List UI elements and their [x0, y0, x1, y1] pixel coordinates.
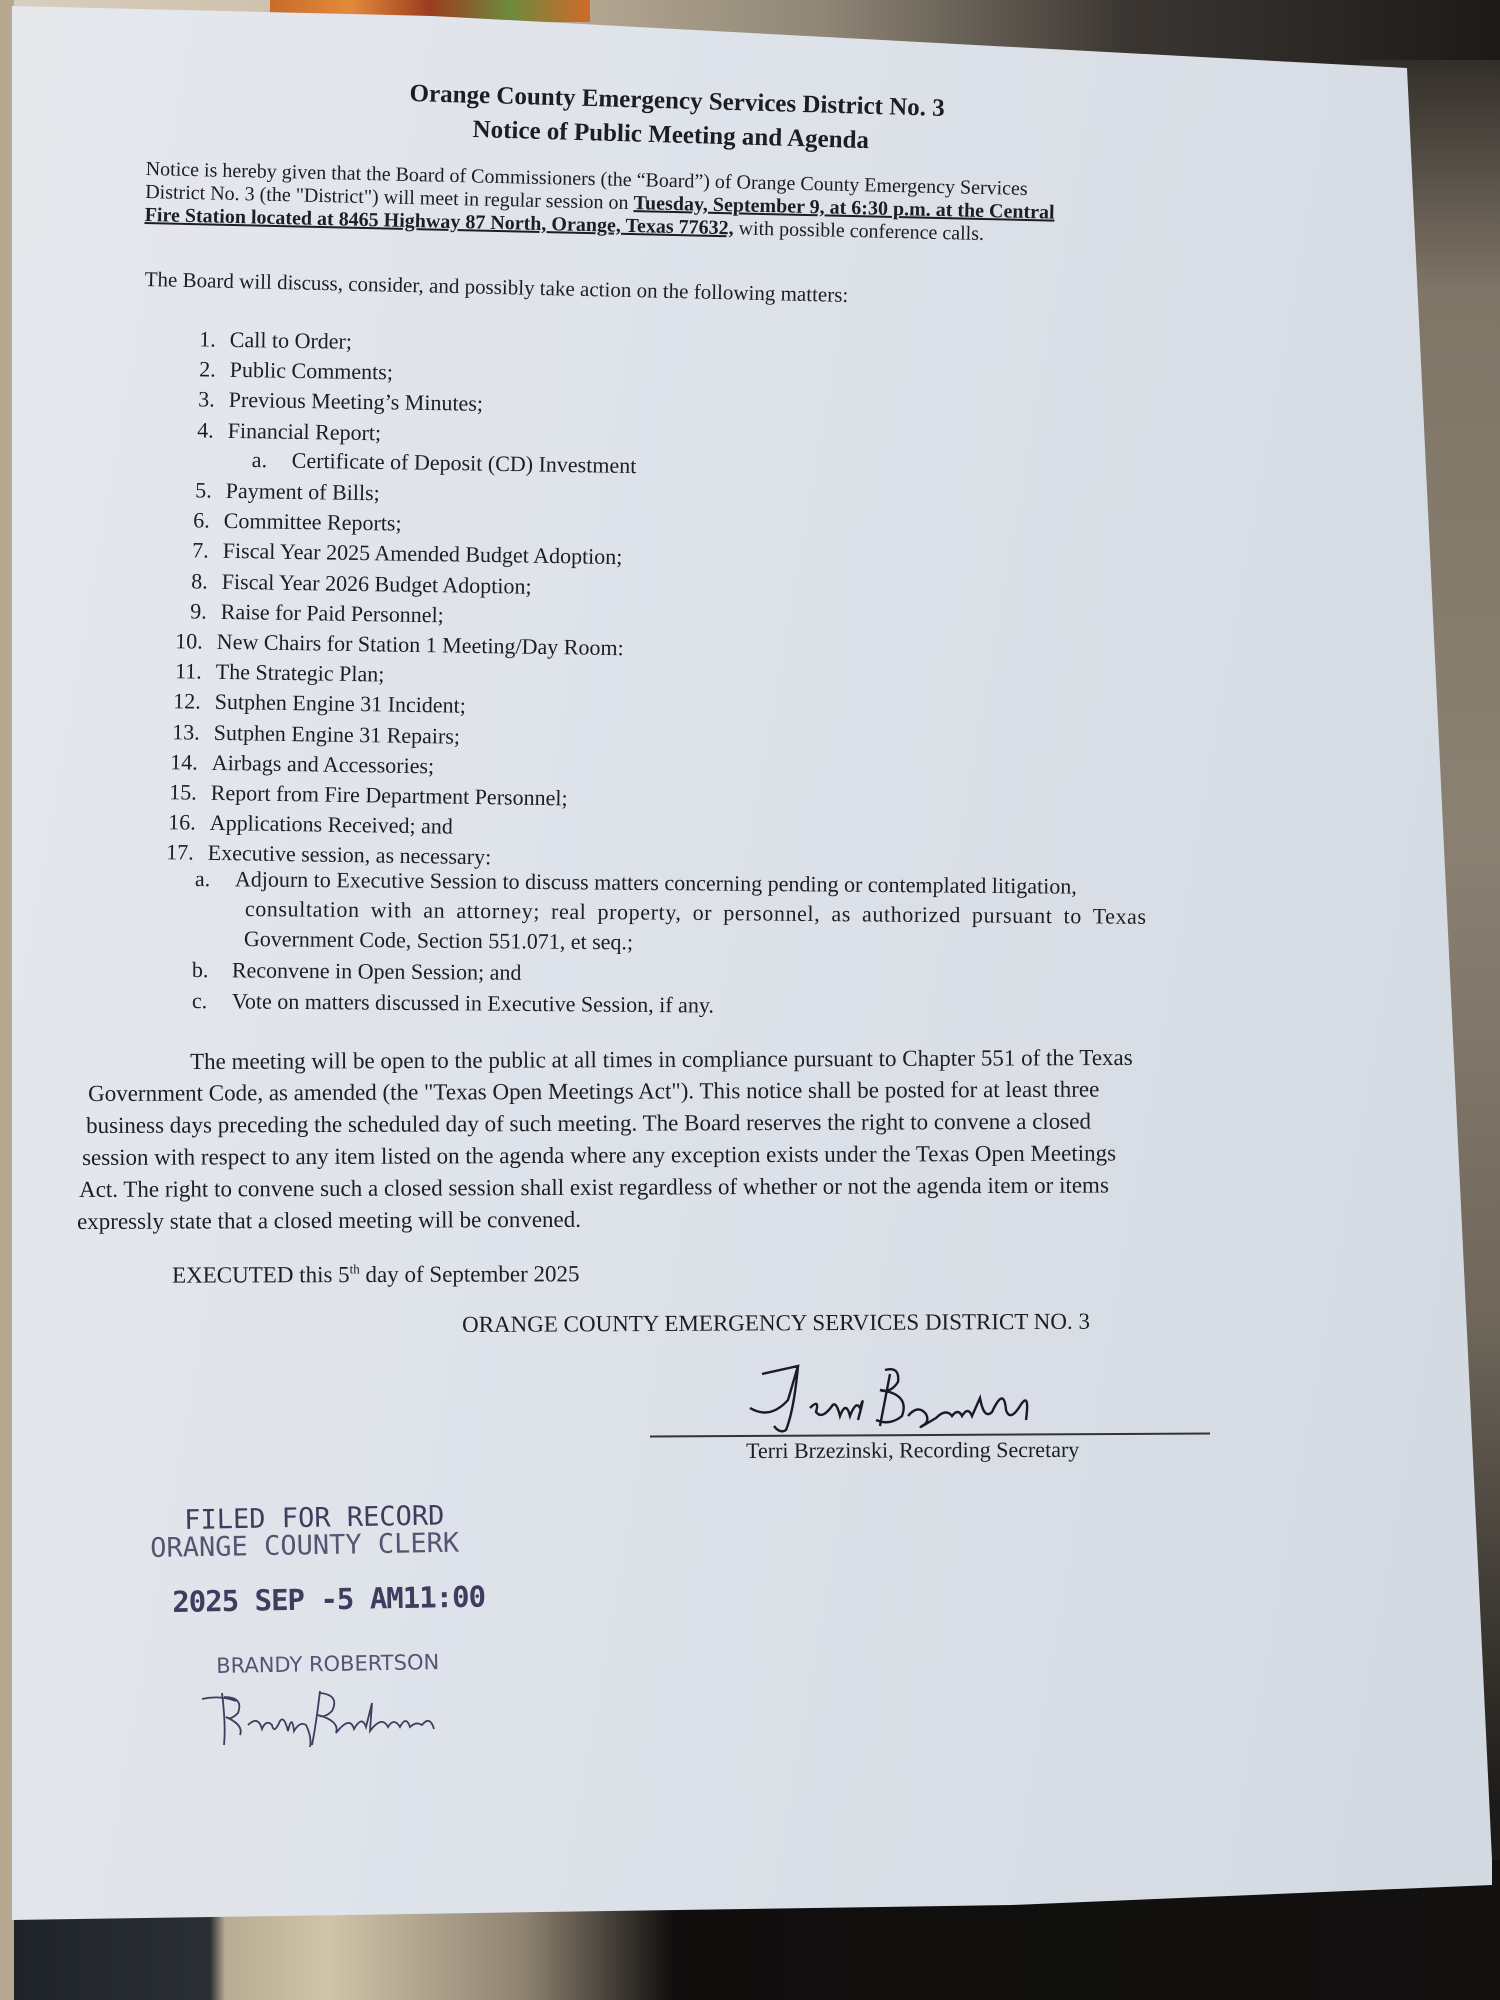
agenda-item-text: Sutphen Engine 31 Repairs; [214, 719, 461, 748]
agenda-item-number: 12. [161, 688, 201, 715]
subitem-label: b. [192, 957, 222, 983]
subitem-label: a. [195, 866, 225, 892]
agenda-item-text: Public Comments; [230, 357, 394, 385]
agenda-item-text: Executive session, as necessary: [208, 840, 492, 869]
agenda-item: 15.Report from Fire Department Personnel… [157, 779, 568, 811]
document: Orange County Emergency Services Distric… [0, 0, 1500, 2000]
agenda-item: 7.Fiscal Year 2025 Amended Budget Adopti… [169, 537, 623, 570]
closing-paragraph-line: Government Code, as amended (the "Texas … [88, 1077, 1099, 1107]
closing-paragraph-line: business days preceding the scheduled da… [86, 1109, 1091, 1139]
agenda-item-number: 10. [163, 628, 203, 655]
agenda-item: 14.Airbags and Accessories; [158, 749, 435, 779]
organization-name: ORANGE COUNTY EMERGENCY SERVICES DISTRIC… [462, 1309, 1090, 1338]
agenda-item-text: Raise for Paid Personnel; [221, 599, 444, 628]
closing-paragraph-line: session with respect to any item listed … [82, 1140, 1116, 1171]
agenda-subitem: a.Certificate of Deposit (CD) Investment [252, 447, 637, 479]
subitem-text: Reconvene in Open Session; and [232, 957, 522, 985]
closing-paragraph-line: Act. The right to convene such a closed … [79, 1173, 1109, 1203]
agenda-item-number: 4. [174, 417, 214, 444]
signer-name: Terri Brzezinski, Recording Secretary [746, 1437, 1079, 1464]
agenda-item-number: 3. [175, 386, 215, 413]
closing-paragraph-line: expressly state that a closed meeting wi… [77, 1207, 581, 1235]
subitem-text: Vote on matters discussed in Executive S… [232, 988, 714, 1017]
agenda-item-text: Certificate of Deposit (CD) Investment [292, 447, 637, 477]
subitem-text: Adjourn to Executive Session to discuss … [235, 866, 1077, 898]
agenda-item-number: 6. [170, 507, 210, 534]
agenda-item-text: Payment of Bills; [226, 478, 380, 505]
agenda-item-number: 5. [172, 477, 212, 504]
agenda-item: 5.Payment of Bills; [172, 477, 380, 506]
agenda-item: 16.Applications Received; and [156, 809, 454, 840]
agenda-item: 2.Public Comments; [176, 356, 394, 385]
agenda-item-number: 7. [169, 537, 209, 564]
executed-line: EXECUTED this 5th day of September 2025 [172, 1261, 580, 1289]
agenda-item-text: Previous Meeting’s Minutes; [229, 387, 484, 416]
secretary-signature [740, 1360, 1100, 1440]
agenda-item-text: Airbags and Accessories; [212, 750, 435, 778]
agenda-item-number: 1. [176, 326, 216, 353]
agenda-item: 12.Sutphen Engine 31 Incident; [161, 688, 466, 719]
ordinal-suffix: th [350, 1261, 360, 1276]
exec-subitem-a-line2: consultation with an attorney; real prop… [245, 896, 1147, 930]
executed-text: day of September 2025 [360, 1261, 580, 1287]
exec-subitem-c: c.Vote on matters discussed in Executive… [192, 988, 714, 1019]
agenda-item-number: 15. [157, 779, 197, 806]
closing-paragraph-line: The meeting will be open to the public a… [190, 1045, 1133, 1075]
agenda-item-text: Committee Reports; [224, 508, 402, 536]
notice-paragraph: Notice is hereby given that the Board of… [144, 158, 1055, 248]
agenda-item-text: The Strategic Plan; [216, 659, 385, 687]
agenda-item-text: Call to Order; [230, 327, 353, 354]
agenda-item: 4.Financial Report; [174, 417, 382, 446]
agenda-item-text: Sutphen Engine 31 Incident; [215, 689, 466, 718]
document-subtitle: Notice of Public Meeting and Agenda [472, 116, 869, 155]
agenda-item-number: 13. [160, 719, 200, 746]
agenda-item-number: 8. [168, 568, 208, 595]
agenda-intro: The Board will discuss, consider, and po… [144, 268, 848, 307]
agenda-item-text: Report from Fire Department Personnel; [211, 780, 568, 811]
agenda-item-text: Fiscal Year 2025 Amended Budget Adoption… [223, 538, 623, 569]
exec-subitem-a: a.Adjourn to Executive Session to discus… [195, 866, 1077, 900]
subitem-label: c. [192, 988, 222, 1014]
executed-text: EXECUTED this 5 [172, 1262, 350, 1288]
agenda-item-text: Fiscal Year 2026 Budget Adoption; [222, 568, 532, 598]
agenda-item-text: Applications Received; and [210, 810, 454, 839]
stamp-county-clerk: ORANGE COUNTY CLERK [150, 1528, 459, 1564]
agenda-item: 9.Raise for Paid Personnel; [167, 598, 444, 628]
agenda-item-text: Financial Report; [228, 417, 382, 444]
stamp-datetime: 2025 SEP -5 AM11:00 [172, 1580, 485, 1619]
agenda-item: 10.New Chairs for Station 1 Meeting/Day … [163, 628, 624, 661]
agenda-item: 1.Call to Order; [176, 326, 353, 355]
notice-text: with possible conference calls. [733, 217, 984, 245]
agenda-item-number: a. [252, 447, 282, 473]
agenda-item: 13.Sutphen Engine 31 Repairs; [160, 719, 461, 750]
agenda-item-number: 2. [176, 356, 216, 383]
exec-subitem-a-line3: Government Code, Section 551.071, et seq… [244, 926, 633, 955]
agenda-item: 3.Previous Meeting’s Minutes; [175, 386, 484, 417]
agenda-item-number: 9. [167, 598, 207, 625]
agenda-item-text: New Chairs for Station 1 Meeting/Day Roo… [217, 629, 624, 660]
agenda-item-number: 17. [154, 839, 194, 866]
agenda-item-number: 14. [158, 749, 198, 776]
agenda-item-number: 11. [162, 658, 202, 685]
agenda-item: 11.The Strategic Plan; [162, 658, 385, 687]
exec-subitem-b: b.Reconvene in Open Session; and [192, 957, 522, 986]
clerk-signature [200, 1685, 490, 1755]
agenda-item: 6.Committee Reports; [170, 507, 402, 537]
stamp-clerk-name: BRANDY ROBERTSON [216, 1650, 439, 1678]
agenda-item-number: 16. [156, 809, 196, 836]
agenda-item: 8.Fiscal Year 2026 Budget Adoption; [168, 568, 532, 600]
